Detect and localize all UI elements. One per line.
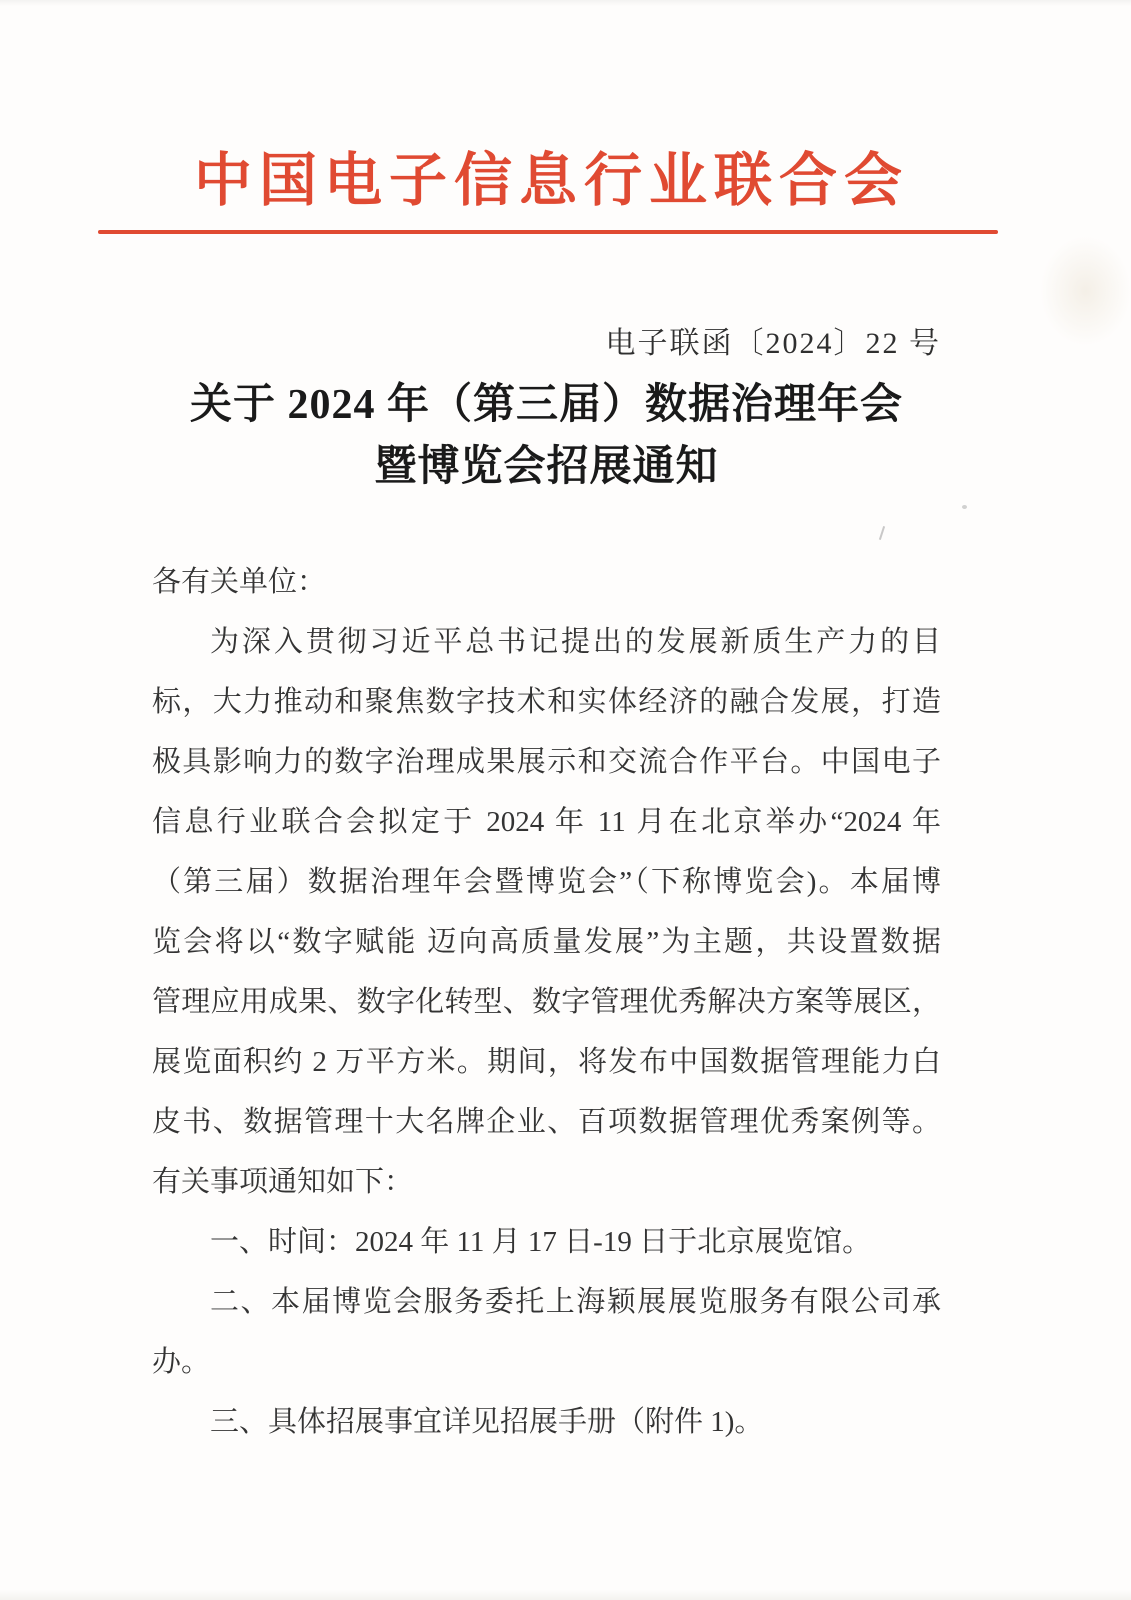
scan-edge-bottom (0, 1590, 1131, 1600)
body-line: 办。 (152, 1332, 941, 1392)
scanned-notice-page: 中国电子信息行业联合会 电子联函〔2024〕22 号 关于 2024 年（第三届… (0, 0, 1131, 1600)
doc-title-line-2: 暨博览会招展通知 (152, 436, 941, 498)
body-line: 标，大力推动和聚焦数字技术和实体经济的融合发展，打造 (152, 672, 941, 732)
body-line-item-2: 二、本届博览会服务委托上海颖展展览服务有限公司承 (152, 1272, 941, 1332)
body-line: 展览面积约 2 万平方米。期间，将发布中国数据管理能力白 (152, 1032, 941, 1092)
letterhead-divider (98, 230, 998, 234)
body-line: 有关事项通知如下： (152, 1152, 941, 1212)
doc-title: 关于 2024 年（第三届）数据治理年会 暨博览会招展通知 (152, 374, 941, 498)
body-line-item-3: 三、具体招展事宜详见招展手册（附件 1)。 (152, 1392, 941, 1452)
scan-artifact-smudge (1040, 236, 1131, 346)
scan-artifact-dot (962, 505, 967, 509)
body-line: 管理应用成果、数字化转型、数字管理优秀解决方案等展区， (152, 972, 941, 1032)
body-line: 览会将以“数字赋能 迈向高质量发展”为主题，共设置数据 (152, 912, 941, 972)
body-line: 为深入贯彻习近平总书记提出的发展新质生产力的目 (152, 612, 941, 672)
scan-artifact-tick (879, 526, 885, 540)
doc-number: 电子联函〔2024〕22 号 (152, 326, 941, 362)
body-line-item-1: 一、时间：2024 年 11 月 17 日-19 日于北京展览馆。 (152, 1212, 941, 1272)
salutation: 各有关单位： (152, 552, 941, 612)
org-name: 中国电子信息行业联合会 (0, 146, 1103, 216)
body-line: （第三届）数据治理年会暨博览会”（下称博览会)。本届博 (152, 852, 941, 912)
notice-body: 各有关单位： 为深入贯彻习近平总书记提出的发展新质生产力的目 标，大力推动和聚焦… (152, 552, 941, 1452)
body-line: 皮书、数据管理十大名牌企业、百项数据管理优秀案例等。 (152, 1092, 941, 1152)
scan-edge-top (0, 0, 1131, 6)
body-line: 极具影响力的数字治理成果展示和交流合作平台。中国电子 (152, 732, 941, 792)
body-line: 信息行业联合会拟定于 2024 年 11 月在北京举办“2024 年 (152, 792, 941, 852)
doc-title-line-1: 关于 2024 年（第三届）数据治理年会 (152, 374, 941, 436)
